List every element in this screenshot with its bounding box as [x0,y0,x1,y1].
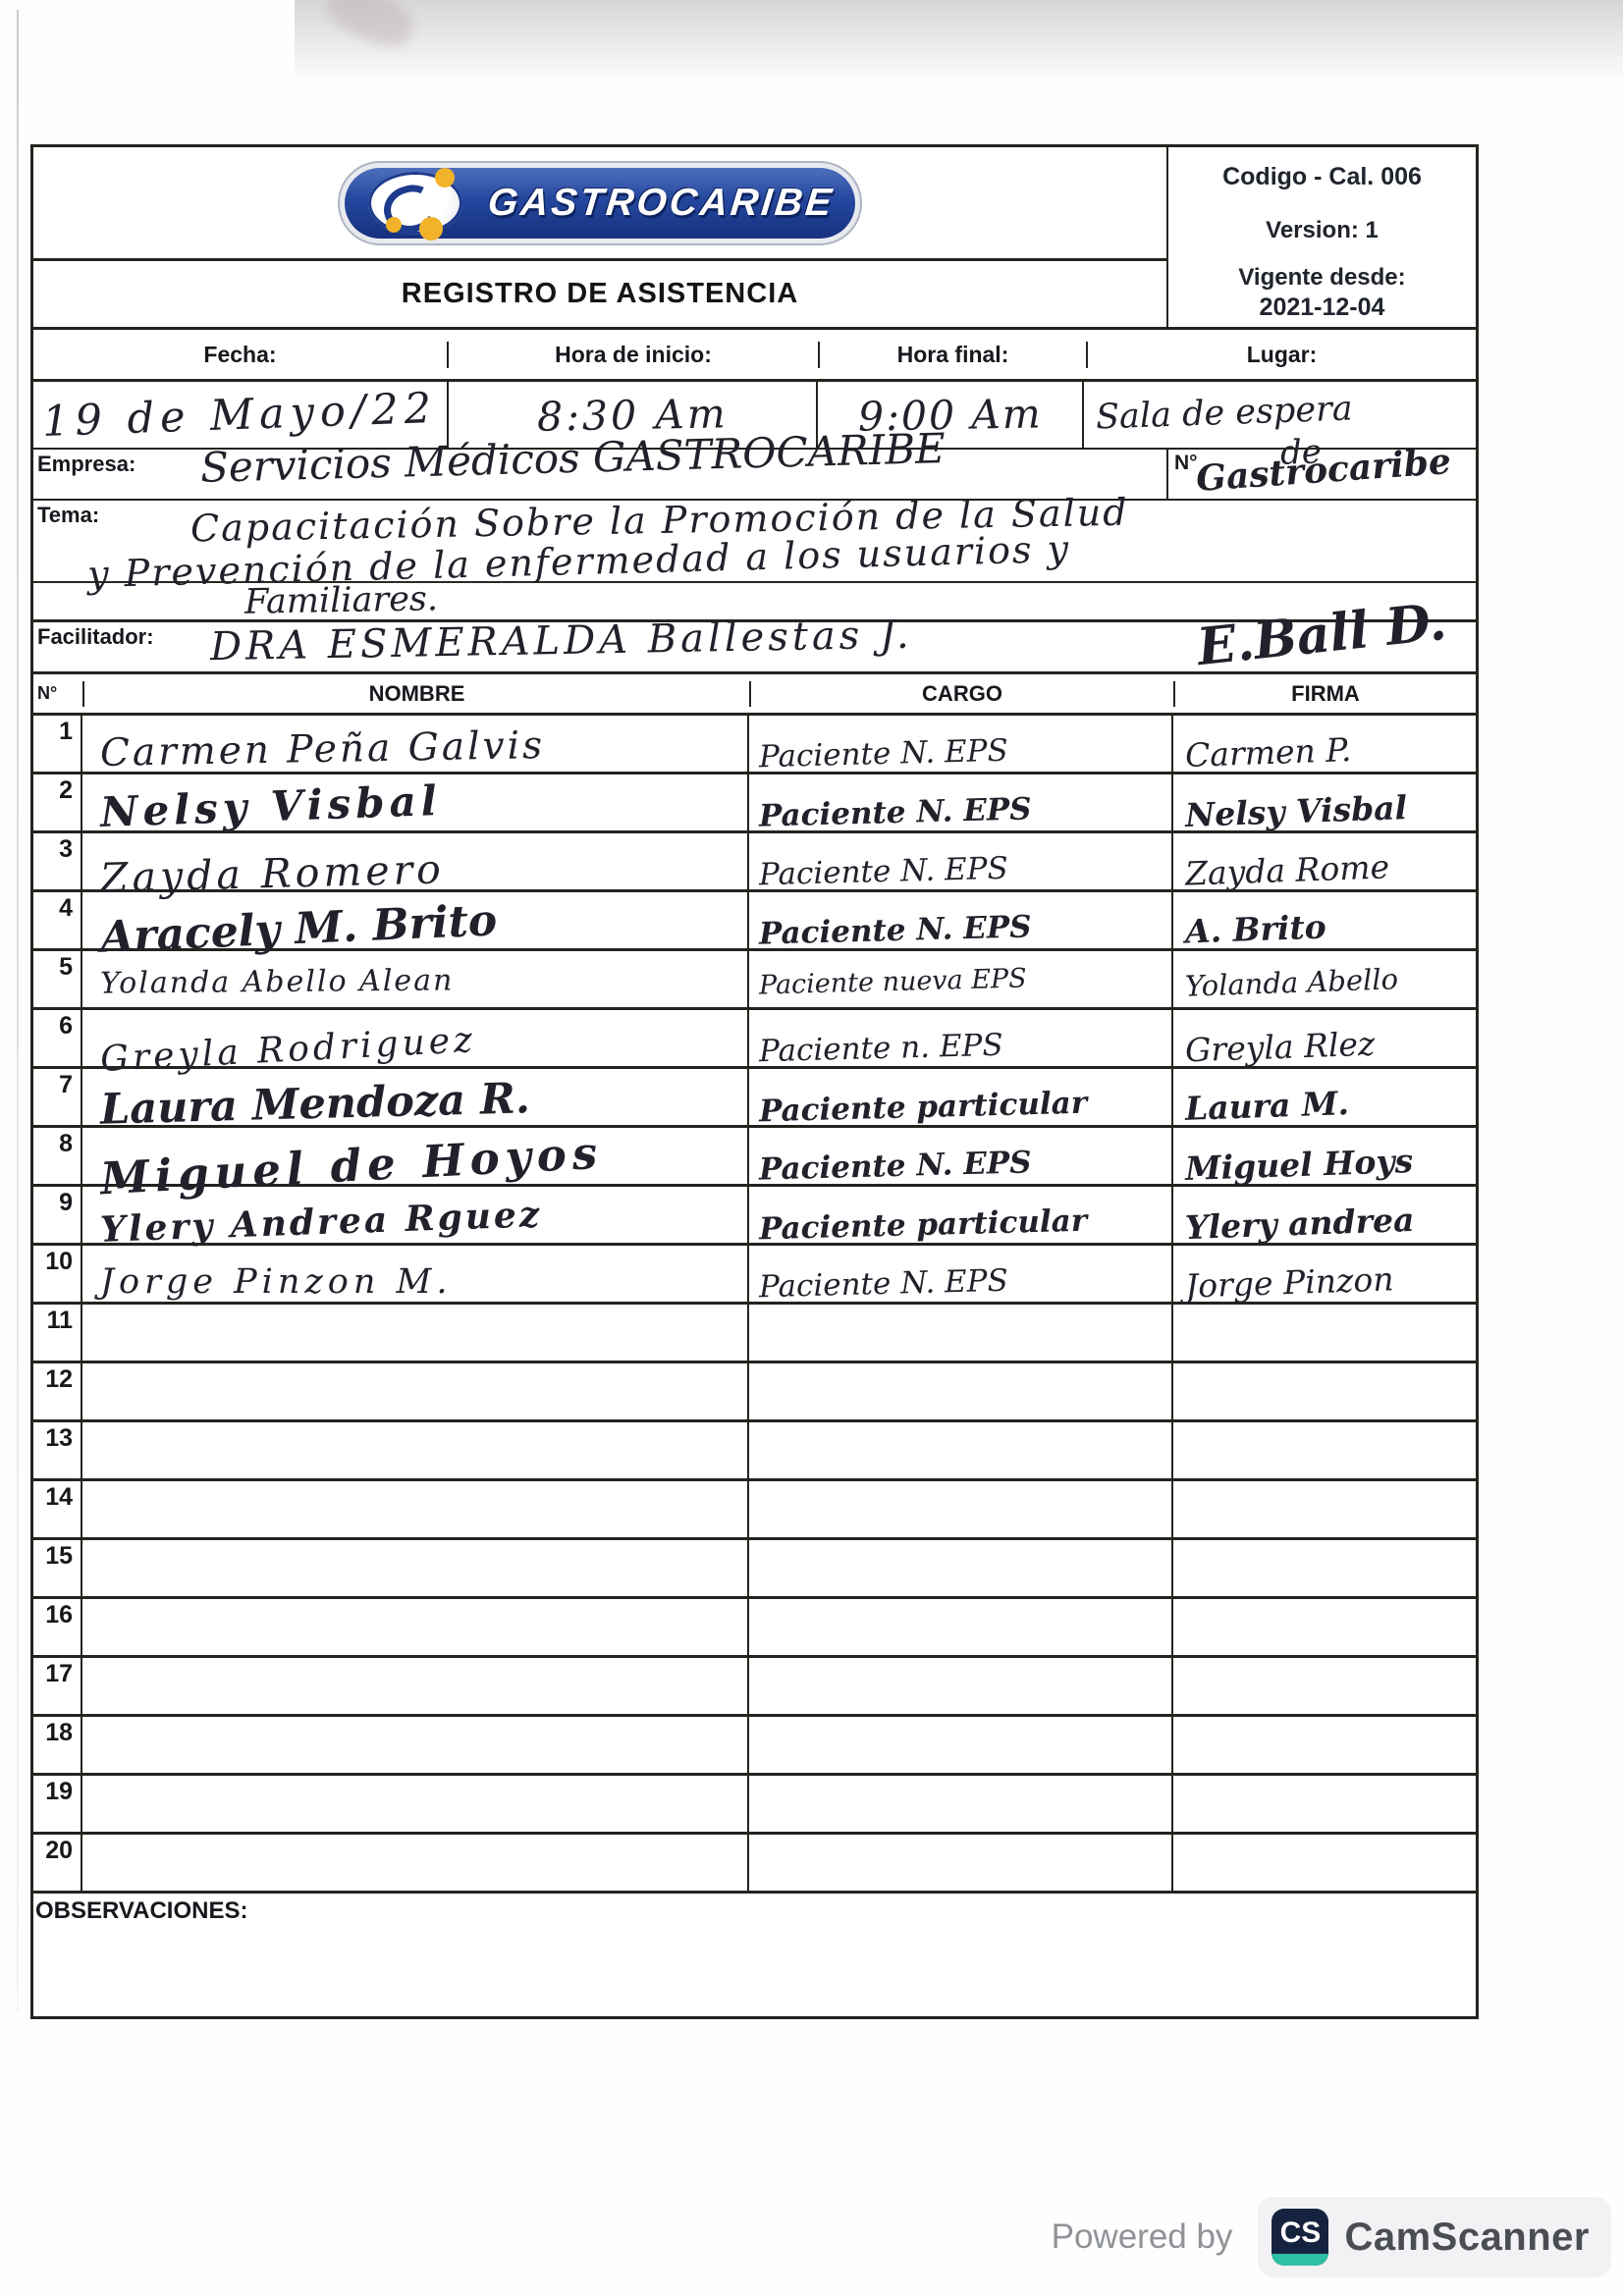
row-number-text: 19 [45,1778,73,1805]
cargo-cell: Paciente nueva EPS [749,951,1173,1007]
form-sheet: GASTROCARIBE REGISTRO DE ASISTENCIA Codi… [30,144,1479,2019]
row-number-text: 5 [59,953,73,981]
row-number: 16 [33,1599,82,1655]
row-number: 4 [33,892,82,948]
firma-cell [1173,1540,1476,1596]
firma-cell-handwriting: Ylery andrea [1184,1201,1415,1247]
camscanner-badge: CS CamScanner [1258,2197,1611,2277]
cargo-cell: Paciente N. EPS [749,892,1173,948]
handwritten-tema-line3: Familiares. [244,579,439,621]
title-row: REGISTRO DE ASISTENCIA [33,261,1166,327]
nombre-cell-handwriting: Nelsy Visbal [99,776,442,836]
cargo-cell: Paciente n. EPS [749,1010,1173,1066]
cargo-cell: Paciente N. EPS [749,716,1173,772]
table-row: 9Ylery Andrea RguezPaciente particularYl… [33,1184,1476,1243]
row-number-text: 2 [59,776,73,804]
row-number-text: 4 [59,894,73,922]
firma-cell [1173,1305,1476,1361]
firma-cell-handwriting: Miguel Hoys [1184,1142,1413,1188]
cargo-cell: Paciente N. EPS [749,1246,1173,1302]
table-row: 19 [33,1773,1476,1832]
firma-cell: Yolanda Abello [1173,951,1476,1007]
table-row: 7Laura Mendoza R.Paciente particularLaur… [33,1066,1476,1125]
empresa-row: Empresa: Servicios Médicos GASTROCARIBE … [33,448,1476,499]
table-row: 14 [33,1478,1476,1537]
nombre-cell: Aracely M. Brito [82,892,749,948]
tema-label: Tema: [37,503,99,528]
attendee-rows: 1Carmen Peña GalvisPaciente N. EPSCarmen… [33,713,1476,1891]
header-nombre: NOMBRE [82,681,749,707]
nombre-cell: Ylery Andrea Rguez [82,1187,749,1243]
firma-cell: Miguel Hoys [1173,1128,1476,1184]
firma-cell [1173,1599,1476,1655]
nombre-cell [82,1717,749,1773]
hora-final-label: Hora final: [818,342,1086,368]
row-number: 7 [33,1069,82,1125]
nombre-cell-handwriting: Carmen Peña Galvis [100,723,546,775]
page-title: REGISTRO DE ASISTENCIA [402,278,798,310]
firma-cell [1173,1422,1476,1478]
fecha-value-cell: 19 de Mayo/22 [33,382,447,448]
row-number-text: 20 [45,1837,73,1864]
cargo-cell-handwriting: Paciente nueva EPS [759,963,1027,1000]
powered-by-text: Powered by [1052,2217,1233,2257]
logo-row: GASTROCARIBE [33,147,1166,261]
facilitador-row: Facilitador: DRA ESMERALDA Ballestas J. … [33,619,1476,671]
numero-label: N° [1174,452,1198,475]
header-cargo: CARGO [749,681,1173,707]
row-number-text: 12 [45,1365,73,1393]
nombre-cell: Carmen Peña Galvis [82,716,749,772]
nombre-cell [82,1481,749,1537]
nombre-cell [82,1422,749,1478]
table-row: 2Nelsy VisbalPaciente N. EPSNelsy Visbal [33,772,1476,830]
numero-cell: N° Gastrocaribe [1166,450,1476,499]
row-number: 11 [33,1305,82,1361]
cargo-cell-handwriting: Paciente N. EPS [759,909,1032,951]
firma-cell: Greyla Rlez [1173,1010,1476,1066]
cargo-cell-handwriting: Paciente N. EPS [759,1145,1032,1187]
row-number: 10 [33,1246,82,1302]
handwritten-fecha: 19 de Mayo/22 [42,383,439,446]
cargo-cell [749,1481,1173,1537]
table-row: 10Jorge Pinzon M.Paciente N. EPSJorge Pi… [33,1243,1476,1302]
scan-shadow-gap [0,0,295,83]
cargo-cell: Paciente N. EPS [749,774,1173,830]
camscanner-icon: CS [1271,2209,1328,2266]
cargo-cell: Paciente N. EPS [749,1128,1173,1184]
codigo-value: Codigo - Cal. 006 [1168,163,1476,191]
cargo-cell-handwriting: Paciente N. EPS [759,1263,1009,1306]
table-row: 8Miguel de HoyosPaciente N. EPSMiguel Ho… [33,1125,1476,1184]
observaciones-section: OBSERVACIONES: [33,1891,1476,2016]
firma-cell-handwriting: Jorge Pinzon [1184,1259,1394,1305]
firma-cell-handwriting: Nelsy Visbal [1184,788,1407,834]
cargo-cell-handwriting: Paciente particular [759,1203,1088,1248]
row-number-text: 7 [59,1071,73,1098]
row-number-text: 13 [45,1424,73,1452]
cargo-cell [749,1776,1173,1832]
firma-cell-handwriting: Greyla Rlez [1184,1025,1376,1070]
firma-cell [1173,1835,1476,1891]
table-row: 4Aracely M. BritoPaciente N. EPSA. Brito [33,889,1476,948]
handwritten-facilitador: DRA ESMERALDA Ballestas J. [210,613,913,669]
camscanner-brand-name: CamScanner [1344,2216,1590,2260]
row-number-text: 15 [45,1542,73,1570]
gastrocaribe-emblem-icon [368,172,462,235]
table-row: 3Zayda RomeroPaciente N. EPSZayda Rome [33,830,1476,889]
row-number: 1 [33,716,82,772]
row-number-text: 14 [45,1483,73,1511]
row-number-text: 8 [59,1130,73,1157]
firma-cell-handwriting: A. Brito [1184,908,1326,951]
row-number-text: 9 [59,1189,73,1216]
scan-crease-line [17,10,19,2012]
firma-cell: Laura M. [1173,1069,1476,1125]
firma-cell-handwriting: Zayda Rome [1184,847,1389,892]
table-row: 17 [33,1655,1476,1714]
cargo-cell-handwriting: Paciente N. EPS [759,733,1009,775]
handwritten-numero: Gastrocaribe [1195,441,1452,500]
table-row: 16 [33,1596,1476,1655]
logo-wordmark: GASTROCARIBE [486,182,837,225]
firma-cell [1173,1481,1476,1537]
row-number-text: 6 [59,1012,73,1040]
firma-cell [1173,1363,1476,1419]
cargo-cell [749,1599,1173,1655]
table-row: 13 [33,1419,1476,1478]
cargo-cell [749,1422,1173,1478]
firma-cell: Nelsy Visbal [1173,774,1476,830]
header-n: N° [33,683,82,704]
firma-cell [1173,1717,1476,1773]
firma-cell: Ylery andrea [1173,1187,1476,1243]
cargo-cell [749,1658,1173,1714]
cargo-cell: Paciente particular [749,1069,1173,1125]
header-left: GASTROCARIBE REGISTRO DE ASISTENCIA [33,147,1166,327]
firma-cell-handwriting: Laura M. [1184,1084,1349,1128]
row-number-text: 17 [45,1660,73,1687]
nombre-cell: Miguel de Hoyos [82,1128,749,1184]
row-number: 8 [33,1128,82,1184]
firma-cell [1173,1658,1476,1714]
row-number: 3 [33,833,82,889]
nombre-cell [82,1305,749,1361]
nombre-cell: Greyla Rodriguez [82,1010,749,1066]
row-number: 13 [33,1422,82,1478]
gastrocaribe-logo: GASTROCARIBE [345,168,855,239]
cargo-cell-handwriting: Paciente N. EPS [759,791,1032,833]
header-firma: FIRMA [1173,681,1476,707]
row-number: 15 [33,1540,82,1596]
table-header-row: N° NOMBRE CARGO FIRMA [33,671,1476,713]
row-number: 6 [33,1010,82,1066]
row-number: 2 [33,774,82,830]
nombre-cell-handwriting: Yolanda Abello Alean [100,963,455,1000]
nombre-cell: Laura Mendoza R. [82,1069,749,1125]
firma-cell-handwriting: Carmen P. [1184,730,1352,774]
row-number-text: 11 [47,1307,73,1334]
version-value: Version: 1 [1168,217,1476,244]
cargo-cell [749,1835,1173,1891]
empresa-label: Empresa: [37,452,135,477]
cargo-cell: Paciente particular [749,1187,1173,1243]
lugar-value-cell: Sala de espera de [1082,382,1476,448]
row-number: 12 [33,1363,82,1419]
nombre-cell: Zayda Romero [82,833,749,889]
nombre-cell: Yolanda Abello Alean [82,951,749,1007]
firma-cell: Zayda Rome [1173,833,1476,889]
nombre-cell [82,1363,749,1419]
nombre-cell [82,1599,749,1655]
firma-cell: Carmen P. [1173,716,1476,772]
firma-cell-handwriting: Yolanda Abello [1184,962,1398,1003]
nombre-cell [82,1835,749,1891]
table-row: 15 [33,1537,1476,1596]
nombre-cell [82,1658,749,1714]
camscanner-footer: Powered by CS CamScanner [1052,2197,1611,2277]
firma-cell: A. Brito [1173,892,1476,948]
empresa-cell: Empresa: Servicios Médicos GASTROCARIBE [33,450,1166,499]
row-number-text: 16 [45,1601,73,1629]
facilitador-label: Facilitador: [37,624,154,650]
nombre-cell: Nelsy Visbal [82,774,749,830]
row-number: 5 [33,951,82,1007]
form-header-band: GASTROCARIBE REGISTRO DE ASISTENCIA Codi… [33,147,1476,327]
cargo-cell [749,1363,1173,1419]
fecha-label: Fecha: [33,342,447,368]
handwritten-lugar: Sala de espera [1095,389,1353,437]
table-row: 6Greyla RodriguezPaciente n. EPSGreyla R… [33,1007,1476,1066]
table-row: 5Yolanda Abello AleanPaciente nueva EPSY… [33,948,1476,1007]
row-number-text: 18 [45,1719,73,1746]
cargo-cell [749,1717,1173,1773]
nombre-cell: Jorge Pinzon M. [82,1246,749,1302]
cargo-cell-handwriting: Paciente N. EPS [759,851,1009,893]
nombre-cell-handwriting: Ylery Andrea Rguez [99,1194,543,1251]
vigente-date: 2021-12-04 [1168,294,1476,322]
cargo-cell: Paciente N. EPS [749,833,1173,889]
row-number: 19 [33,1776,82,1832]
codigo-box: Codigo - Cal. 006 Version: 1 Vigente des… [1166,147,1476,327]
cargo-cell-handwriting: Paciente particular [759,1086,1088,1130]
nombre-cell-handwriting: Jorge Pinzon M. [100,1262,453,1302]
scanned-attendance-sheet: GASTROCARIBE REGISTRO DE ASISTENCIA Codi… [0,0,1623,2296]
table-row: 12 [33,1361,1476,1419]
firma-cell: Jorge Pinzon [1173,1246,1476,1302]
lugar-label: Lugar: [1086,342,1476,368]
observaciones-label: OBSERVACIONES: [35,1897,247,1925]
firma-cell [1173,1776,1476,1832]
datetime-labels-row: Fecha: Hora de inicio: Hora final: Lugar… [33,327,1476,379]
cargo-cell [749,1305,1173,1361]
cargo-cell-handwriting: Paciente n. EPS [759,1028,1003,1069]
row-number-text: 1 [59,718,73,745]
row-number-text: 3 [59,835,73,863]
row-number: 18 [33,1717,82,1773]
tema-row: Tema: Capacitación Sobre la Promoción de… [33,499,1476,619]
table-row: 11 [33,1302,1476,1361]
table-row: 18 [33,1714,1476,1773]
row-number: 14 [33,1481,82,1537]
row-number-text: 10 [45,1248,73,1275]
hora-inicio-label: Hora de inicio: [447,342,818,368]
nombre-cell [82,1540,749,1596]
vigente-label: Vigente desde: [1168,264,1476,292]
row-number: 20 [33,1835,82,1891]
table-row: 1Carmen Peña GalvisPaciente N. EPSCarmen… [33,713,1476,772]
row-number: 9 [33,1187,82,1243]
cargo-cell [749,1540,1173,1596]
table-row: 20 [33,1832,1476,1891]
nombre-cell [82,1776,749,1832]
row-number: 17 [33,1658,82,1714]
camscanner-icon-initials: CS [1280,2216,1322,2250]
